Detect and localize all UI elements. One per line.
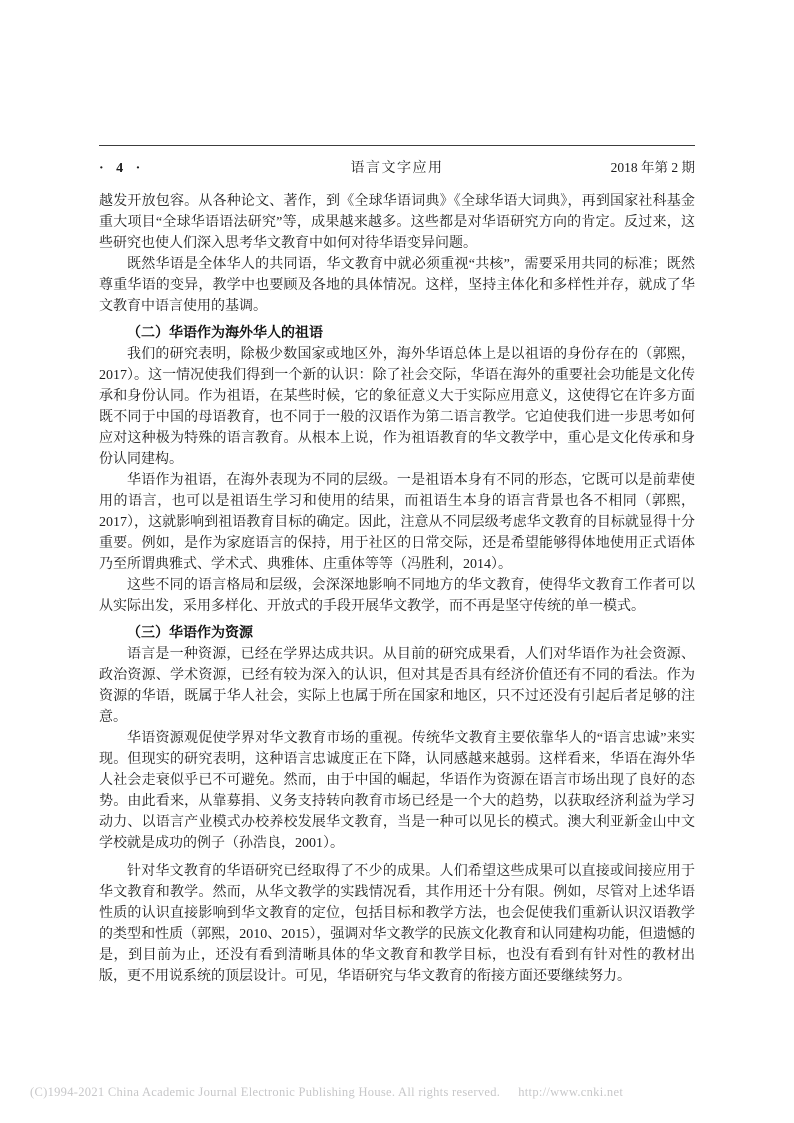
paragraph: 华语作为祖语，在海外表现为不同的层级。一是祖语本身有不同的形态，它既可以是前辈使… — [99, 470, 695, 575]
header-divider — [99, 145, 695, 146]
paragraph-continuation: 越发开放包容。从各种论文、著作，到《全球华语词典》《全球华语大词典》，再到国家社… — [99, 191, 695, 254]
paragraph: 既然华语是全体华人的共同语，华文教育中就必须重视“共核”，需要采用共同的标准；既… — [99, 254, 695, 317]
paragraph: 针对华文教育的华语研究已经取得了不少的成果。人们希望这些成果可以直接或间接应用于… — [99, 861, 695, 987]
issue-label: 2018 年第 2 期 — [611, 156, 695, 176]
page-content: · 4 · 语言文字应用 2018 年第 2 期 越发开放包容。从各种论文、著作… — [99, 0, 695, 987]
page-header: · 4 · 语言文字应用 2018 年第 2 期 — [99, 156, 695, 176]
section-heading-3: （三）华语作为资源 — [99, 623, 695, 644]
page-number: · 4 · — [99, 161, 140, 177]
document-page: · 4 · 语言文字应用 2018 年第 2 期 越发开放包容。从各种论文、著作… — [0, 0, 794, 1123]
paragraph: 语言是一种资源，已经在学界达成共识。从目前的研究成果看，人们对华语作为社会资源、… — [99, 644, 695, 728]
section-heading-2: （二）华语作为海外华人的祖语 — [99, 323, 695, 344]
paragraph: 华语资源观促使学界对华文教育市场的重视。传统华文教育主要依靠华人的“语言忠诚”来… — [99, 728, 695, 854]
copyright-text: (C)1994-2021 China Academic Journal Elec… — [30, 1085, 500, 1100]
cnki-url: http://www.cnki.net — [518, 1085, 623, 1100]
copyright-footer: (C)1994-2021 China Academic Journal Elec… — [30, 1085, 623, 1100]
paragraph: 这些不同的语言格局和层级，会深深地影响不同地方的华文教育，使得华文教育工作者可以… — [99, 575, 695, 617]
article-body: 越发开放包容。从各种论文、著作，到《全球华语词典》《全球华语大词典》，再到国家社… — [99, 191, 695, 987]
paragraph: 我们的研究表明，除极少数国家或地区外，海外华语总体上是以祖语的身份存在的（郭熙，… — [99, 344, 695, 470]
journal-title: 语言文字应用 — [351, 157, 444, 177]
